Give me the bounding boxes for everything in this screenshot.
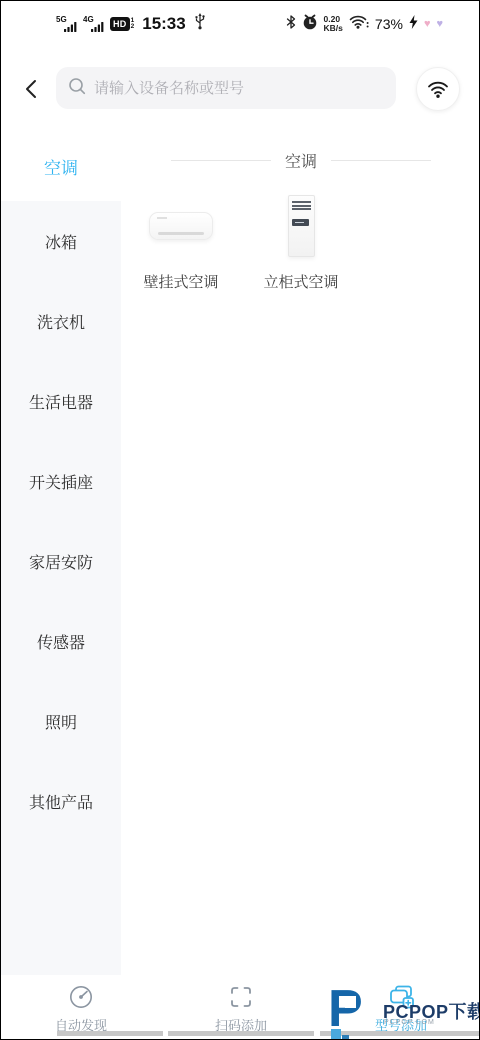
wifi-status-icon [349, 15, 369, 34]
product-wall-mounted-ac[interactable]: 壁挂式空调 [121, 189, 241, 292]
sidebar-item-home-security[interactable]: 家居安防 [1, 521, 121, 601]
sidebar-item-other-products[interactable]: 其他产品 [1, 761, 121, 841]
sidebar-item-switch-socket[interactable]: 开关插座 [1, 441, 121, 521]
sidebar-category-list: 冰箱 洗衣机 生活电器 开关插座 家居安防 传感器 照明 其他产品 [1, 201, 121, 976]
floor-ac-image [288, 195, 315, 257]
bottom-tab-bar: 自动发现 扫码添加 型号添加 [1, 975, 480, 1039]
tab-underline [168, 1031, 314, 1036]
tab-scan-add[interactable]: 扫码添加 [161, 975, 321, 1039]
heart-icon: ♥ [436, 19, 443, 30]
app-screen: 5G 4G HD 1 2 15:33 [0, 0, 480, 1040]
product-grid-empty-cell [361, 189, 480, 292]
alarm-clock-icon [302, 14, 318, 35]
usb-icon [194, 13, 206, 35]
bluetooth-icon [286, 15, 296, 34]
search-icon [68, 77, 86, 100]
back-button[interactable] [19, 75, 43, 103]
sidebar-item-fridge[interactable]: 冰箱 [1, 201, 121, 281]
clock-time: 15:33 [142, 14, 185, 34]
compass-icon [68, 984, 94, 1010]
wall-ac-image [149, 212, 213, 240]
scan-frame-icon [228, 984, 254, 1010]
tab-auto-discover[interactable]: 自动发现 [1, 975, 161, 1039]
tab-underline [320, 1031, 480, 1036]
wifi-icon [427, 81, 449, 98]
status-bar: 5G 4G HD 1 2 15:33 [1, 7, 479, 41]
divider-line [331, 160, 431, 161]
search-bar[interactable] [56, 67, 396, 109]
battery-percent: 73% [375, 16, 403, 32]
heart-icon: ♥ [424, 19, 431, 30]
sidebar-item-sensor[interactable]: 传感器 [1, 601, 121, 681]
volte-hd-icon: HD 1 2 [110, 17, 134, 31]
section-title: 空调 [285, 149, 317, 172]
product-label: 立柜式空调 [263, 271, 338, 292]
product-floor-standing-ac[interactable]: 立柜式空调 [241, 189, 361, 292]
sidebar-item-air-conditioner[interactable]: 空调 [1, 131, 121, 201]
back-chevron-icon [25, 79, 37, 99]
charging-bolt-icon [409, 15, 418, 34]
search-input[interactable] [94, 80, 384, 97]
tab-model-add[interactable]: 型号添加 [321, 975, 480, 1039]
product-label: 壁挂式空调 [143, 271, 218, 292]
sidebar-item-lighting[interactable]: 照明 [1, 681, 121, 761]
add-model-icon [387, 984, 415, 1010]
sidebar-item-washer[interactable]: 洗衣机 [1, 281, 121, 361]
sim2-signal-icon: 4G [83, 15, 104, 33]
wifi-config-button[interactable] [416, 67, 460, 111]
divider-line [171, 160, 271, 161]
sidebar-item-home-appliance[interactable]: 生活电器 [1, 361, 121, 441]
network-speed: 0.20 KB/s [324, 15, 343, 33]
section-header: 空调 [121, 149, 480, 172]
sim1-signal-icon: 5G [56, 15, 77, 33]
tab-underline [57, 1031, 163, 1036]
product-grid: 壁挂式空调 立柜式空调 [121, 189, 480, 292]
